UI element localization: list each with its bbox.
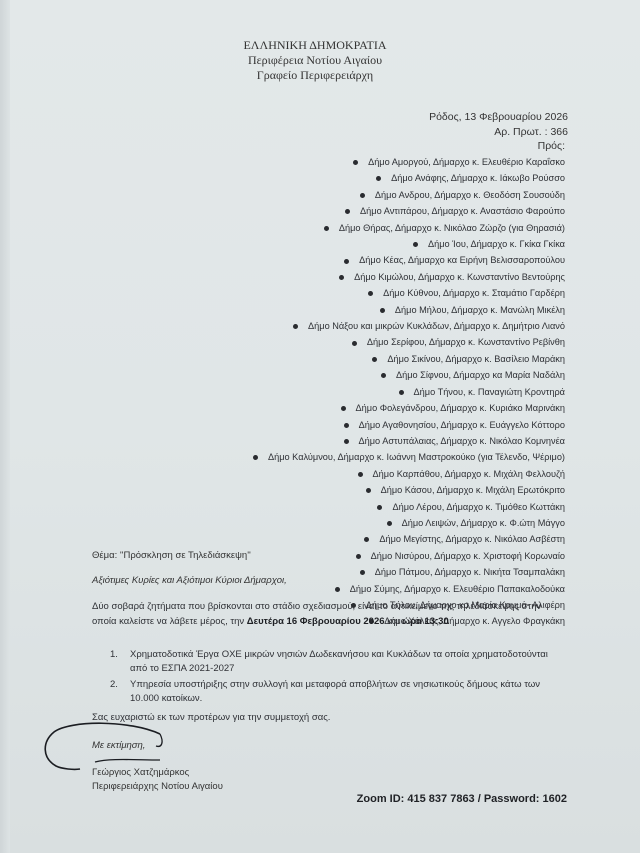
bullet-icon <box>381 373 386 378</box>
recipient-item: Δήμο Καρπάθου, Δήμαρχο κ. Μιχάλη Φελλουζ… <box>253 466 565 482</box>
recipient-item: Δήμο Φολεγάνδρου, Δήμαρχο κ. Κυριάκο Μαρ… <box>253 400 565 416</box>
recipient-item: Δήμο Σύμης, Δήμαρχο κ. Ελευθέριο Παπακαλ… <box>253 581 565 597</box>
recipient-item: Δήμο Σίφνου, Δήμαρχο κα Μαρία Ναδάλη <box>253 367 565 383</box>
recipient-item: Δήμο Σερίφου, Δήμαρχο κ. Κωνσταντίνο Ρεβ… <box>253 334 565 350</box>
dateline: Ρόδος, 13 Φεβρουαρίου 2026 Αρ. Πρωτ. : 3… <box>429 110 568 140</box>
bullet-icon <box>344 423 349 428</box>
recipient-item: Δήμο Αντιπάρου, Δήμαρχο κ. Αναστάσιο Φαρ… <box>253 203 565 219</box>
recipient-item: Δήμο Νάξου και μικρών Κυκλάδων, Δήμαρχο … <box>253 318 565 334</box>
bullet-icon <box>293 324 298 329</box>
signatory: Γεώργιος Χατζημάρκος Περιφερειάρχης Νοτί… <box>92 766 223 794</box>
zoom-meeting-info: Zoom ID: 415 837 7863 / Password: 1602 <box>357 793 567 805</box>
topic-text: Χρηματοδοτικά Έργα ΟΧΕ μικρών νησιών Δωδ… <box>130 649 548 674</box>
topics-list: 1.Χρηματοδοτικά Έργα ΟΧΕ μικρών νησιών Δ… <box>110 648 550 708</box>
recipient-item: Δήμο Κάσου, Δήμαρχο κ. Μιχάλη Ερωτόκριτο <box>253 482 565 498</box>
recipient-text: Δήμο Αγαθονησίου, Δήμαρχο κ. Ευάγγελο Κό… <box>359 420 565 430</box>
page-edge <box>0 0 10 853</box>
recipient-text: Δήμο Θήρας, Δήμαρχο κ. Νικόλαο Ζώρζο (γι… <box>339 223 565 233</box>
bullet-icon <box>344 439 349 444</box>
recipients-label: Πρός: <box>538 140 565 152</box>
recipient-text: Δήμο Αντιπάρου, Δήμαρχο κ. Αναστάσιο Φαρ… <box>360 206 565 216</box>
recipient-text: Δήμο Λέρου, Δήμαρχο κ. Τιμόθεο Κωττάκη <box>392 502 565 512</box>
place-date: Ρόδος, 13 Φεβρουαρίου 2026 <box>429 110 568 125</box>
recipient-item: Δήμο Ίου, Δήμαρχο κ. Γκίκα Γκίκα <box>253 236 565 252</box>
recipient-text: Δήμο Κιμώλου, Δήμαρχο κ. Κωνσταντίνο Βεν… <box>354 272 565 282</box>
recipient-item: Δήμο Μεγίστης, Δήμαρχο κ. Νικόλαο Ασβέστ… <box>253 531 565 547</box>
bullet-icon <box>376 176 381 181</box>
recipient-item: Δήμο Ανδρου, Δήμαρχο κ. Θεοδόση Σουσούδη <box>253 187 565 203</box>
recipient-text: Δήμο Καλύμνου, Δήμαρχο κ. Ιωάννη Μαστροκ… <box>268 452 565 462</box>
bullet-icon <box>368 291 373 296</box>
recipient-text: Δήμο Νισύρου, Δήμαρχο κ. Χριστοφή Κορωνα… <box>371 551 565 561</box>
bullet-icon <box>413 242 418 247</box>
bullet-icon <box>380 308 385 313</box>
recipient-text: Δήμο Σερίφου, Δήμαρχο κ. Κωνσταντίνο Ρεβ… <box>367 337 565 347</box>
recipient-item: Δήμο Νισύρου, Δήμαρχο κ. Χριστοφή Κορωνα… <box>253 548 565 564</box>
recipient-item: Δήμο Κέας, Δήμαρχο κα Ειρήνη Βελισσαροπο… <box>253 252 565 268</box>
recipient-item: Δήμο Καλύμνου, Δήμαρχο κ. Ιωάννη Μαστροκ… <box>253 449 565 465</box>
recipient-text: Δήμο Καρπάθου, Δήμαρχο κ. Μιχάλη Φελλουζ… <box>373 469 565 479</box>
recipient-item: Δήμο Αστυπάλαιας, Δήμαρχο κ. Νικόλαο Κομ… <box>253 433 565 449</box>
recipient-text: Δήμο Κύθνου, Δήμαρχο κ. Σταμάτιο Γαρδέρη <box>383 288 565 298</box>
bullet-icon <box>345 209 350 214</box>
recipient-item: Δήμο Θήρας, Δήμαρχο κ. Νικόλαο Ζώρζο (γι… <box>253 220 565 236</box>
bullet-icon <box>366 488 371 493</box>
recipient-item: Δήμο Πάτμου, Δήμαρχο κ. Νικήτα Τσαμπαλάκ… <box>253 564 565 580</box>
recipient-item: Δήμο Αγαθονησίου, Δήμαρχο κ. Ευάγγελο Κό… <box>253 417 565 433</box>
recipient-item: Δήμο Κύθνου, Δήμαρχο κ. Σταμάτιο Γαρδέρη <box>253 285 565 301</box>
topic-number: 1. <box>110 648 118 662</box>
salutation: Αξιότιμες Κυρίες και Αξιότιμοι Κύριοι Δή… <box>92 575 287 586</box>
bullet-icon <box>352 341 357 346</box>
body-paragraph: Δύο σοβαρά ζητήματα που βρίσκονται στο σ… <box>92 599 562 629</box>
recipient-text: Δήμο Τήνου, κ. Παναγιώτη Κροντηρά <box>414 387 565 397</box>
recipients-list: Δήμο Αμοργού, Δήμαρχο κ. Ελευθέριο Καραΐ… <box>253 154 565 630</box>
recipient-text: Δήμο Ανάφης, Δήμαρχο κ. Ιάκωβο Ρούσσο <box>391 173 565 183</box>
letterhead-office: Γραφείο Περιφερειάρχη <box>0 68 640 83</box>
recipient-text: Δήμο Νάξου και μικρών Κυκλάδων, Δήμαρχο … <box>308 321 565 331</box>
bullet-icon <box>324 226 329 231</box>
recipient-text: Δήμο Φολεγάνδρου, Δήμαρχο κ. Κυριάκο Μαρ… <box>356 403 565 413</box>
bullet-icon <box>358 472 363 477</box>
bullet-icon <box>399 390 404 395</box>
topic-item: 2.Υπηρεσία υποστήριξης στην συλλογή και … <box>110 678 550 706</box>
signatory-name: Γεώργιος Χατζημάρκος <box>92 766 223 780</box>
recipient-text: Δήμο Μήλου, Δήμαρχο κ. Μανώλη Μικέλη <box>395 305 565 315</box>
recipient-item: Δήμο Λειψών, Δήμαρχο κ. Φ.ώτη Μάγγο <box>253 515 565 531</box>
closing: Με εκτίμηση, <box>92 740 145 751</box>
recipient-text: Δήμο Πάτμου, Δήμαρχο κ. Νικήτα Τσαμπαλάκ… <box>375 567 565 577</box>
bullet-icon <box>353 160 358 165</box>
bullet-icon <box>341 406 346 411</box>
topic-item: 1.Χρηματοδοτικά Έργα ΟΧΕ μικρών νησιών Δ… <box>110 648 550 676</box>
meeting-time: ώρα 13:30 <box>402 616 449 627</box>
bullet-icon <box>344 259 349 264</box>
subject-line: Θέμα: ''Πρόσκληση σε Τηλεδιάσκεψη'' <box>92 550 251 561</box>
recipient-text: Δήμο Λειψών, Δήμαρχο κ. Φ.ώτη Μάγγο <box>402 518 565 528</box>
bullet-icon <box>335 587 340 592</box>
topic-number: 2. <box>110 678 118 692</box>
recipient-text: Δήμο Σίφνου, Δήμαρχο κα Μαρία Ναδάλη <box>396 370 565 380</box>
signatory-title: Περιφερειάρχης Νοτίου Αιγαίου <box>92 780 223 794</box>
topic-text: Υπηρεσία υποστήριξης στην συλλογή και με… <box>130 679 540 704</box>
body-text-middle: και <box>385 616 403 627</box>
recipient-item: Δήμο Ανάφης, Δήμαρχο κ. Ιάκωβο Ρούσσο <box>253 170 565 186</box>
letterhead: ΕΛΛΗΝΙΚΗ ΔΗΜΟΚΡΑΤΙΑ Περιφέρεια Νοτίου Αι… <box>10 38 640 83</box>
bullet-icon <box>372 357 377 362</box>
bullet-icon <box>364 537 369 542</box>
recipient-text: Δήμο Κέας, Δήμαρχο κα Ειρήνη Βελισσαροπο… <box>359 255 565 265</box>
letterhead-region: Περιφέρεια Νοτίου Αιγαίου <box>0 53 640 68</box>
recipient-text: Δήμο Αμοργού, Δήμαρχο κ. Ελευθέριο Καραΐ… <box>368 157 565 167</box>
bullet-icon <box>360 193 365 198</box>
recipient-text: Δήμο Σικίνου, Δήμαρχο κ. Βασίλειο Μαράκη <box>387 354 565 364</box>
recipient-text: Δήμο Ανδρου, Δήμαρχο κ. Θεοδόση Σουσούδη <box>375 190 565 200</box>
protocol-number: Αρ. Πρωτ. : 366 <box>429 125 568 140</box>
bullet-icon <box>356 554 361 559</box>
letter-page: ΕΛΛΗΝΙΚΗ ΔΗΜΟΚΡΑΤΙΑ Περιφέρεια Νοτίου Αι… <box>10 0 640 853</box>
bullet-icon <box>339 275 344 280</box>
recipient-text: Δήμο Ίου, Δήμαρχο κ. Γκίκα Γκίκα <box>428 239 565 249</box>
recipient-item: Δήμο Τήνου, κ. Παναγιώτη Κροντηρά <box>253 384 565 400</box>
recipient-text: Δήμο Μεγίστης, Δήμαρχο κ. Νικόλαο Ασβέστ… <box>379 534 565 544</box>
bullet-icon <box>377 505 382 510</box>
bullet-icon <box>253 455 258 460</box>
bullet-icon <box>360 570 365 575</box>
recipient-item: Δήμο Αμοργού, Δήμαρχο κ. Ελευθέριο Καραΐ… <box>253 154 565 170</box>
letterhead-country: ΕΛΛΗΝΙΚΗ ΔΗΜΟΚΡΑΤΙΑ <box>0 38 640 53</box>
recipient-item: Δήμο Λέρου, Δήμαρχο κ. Τιμόθεο Κωττάκη <box>253 499 565 515</box>
bullet-icon <box>387 521 392 526</box>
recipient-item: Δήμο Κιμώλου, Δήμαρχο κ. Κωνσταντίνο Βεν… <box>253 269 565 285</box>
recipient-text: Δήμο Αστυπάλαιας, Δήμαρχο κ. Νικόλαο Κομ… <box>359 436 565 446</box>
recipient-item: Δήμο Σικίνου, Δήμαρχο κ. Βασίλειο Μαράκη <box>253 351 565 367</box>
recipient-text: Δήμο Σύμης, Δήμαρχο κ. Ελευθέριο Παπακαλ… <box>350 584 565 594</box>
recipient-text: Δήμο Κάσου, Δήμαρχο κ. Μιχάλη Ερωτόκριτο <box>381 485 565 495</box>
meeting-date: Δευτέρα 16 Φεβρουαρίου 2026 <box>247 616 385 627</box>
recipient-item: Δήμο Μήλου, Δήμαρχο κ. Μανώλη Μικέλη <box>253 302 565 318</box>
